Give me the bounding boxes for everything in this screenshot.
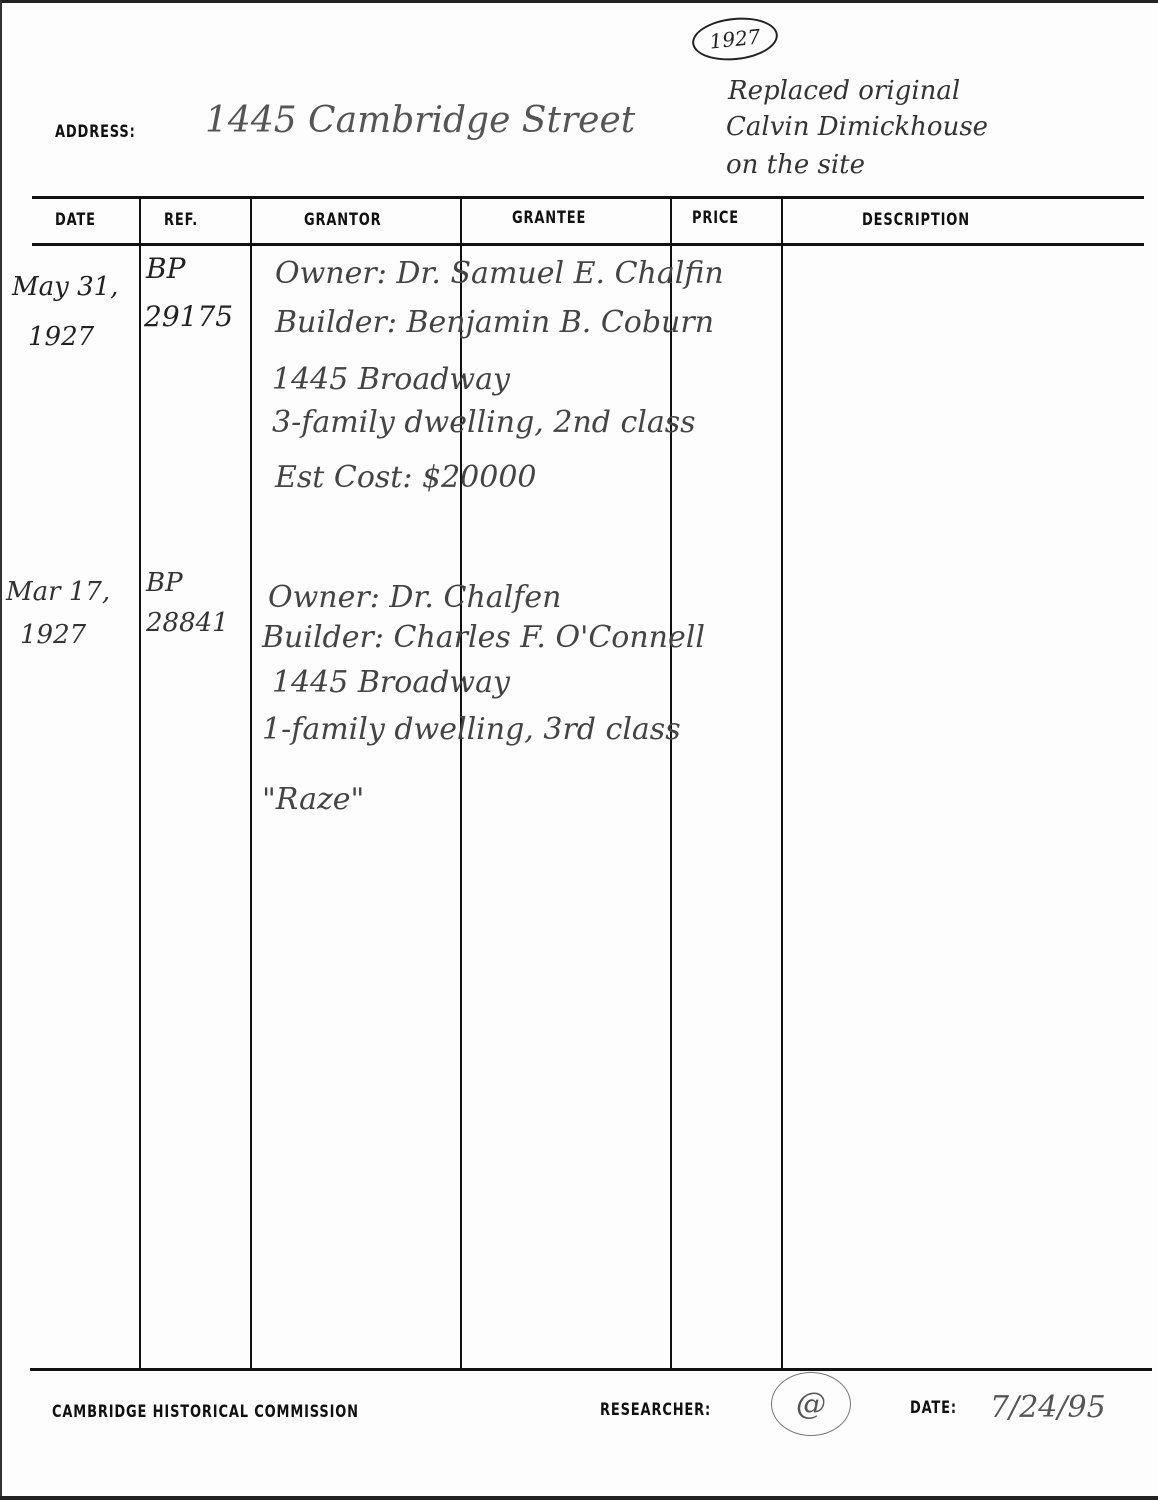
side-note-line: Replaced original [728, 76, 960, 106]
researcher-label: RESEARCHER: [600, 1400, 711, 1420]
address-label: ADDRESS: [55, 122, 136, 142]
table-top-rule [32, 196, 1144, 199]
column-header-date: DATE [55, 210, 96, 230]
entry-ref-line: 29175 [144, 300, 233, 333]
circled-year: 1927 [690, 14, 780, 65]
scan-border-left [0, 0, 2, 1500]
entry-date-line: May 31, [12, 272, 118, 302]
column-divider [139, 198, 141, 1370]
column-divider [670, 198, 672, 1370]
entry-text-line: 1445 Broadway [272, 665, 510, 700]
address-value: 1445 Cambridge Street [205, 100, 635, 141]
entry-ref-line: BP [146, 568, 183, 598]
entry-text-line: 3-family dwelling, 2nd class [272, 405, 696, 440]
column-divider [781, 198, 783, 1370]
side-note-line: on the site [726, 150, 865, 180]
column-divider [250, 198, 252, 1370]
scan-border-top [0, 0, 1158, 3]
researcher-value: @ [771, 1372, 851, 1436]
entry-ref-line: 28841 [146, 608, 229, 638]
entry-text-line: "Raze" [262, 782, 364, 817]
footer-organization: CAMBRIDGE HISTORICAL COMMISSION [52, 1402, 359, 1422]
column-header-grantor: GRANTOR [304, 210, 382, 230]
column-header-price: PRICE [692, 208, 739, 228]
table-header-rule [32, 243, 1144, 246]
entry-text-line: 1-family dwelling, 3rd class [262, 712, 681, 747]
date-value: 7/24/95 [990, 1390, 1106, 1425]
scan-border-bottom [0, 1496, 1158, 1500]
entry-date-line: 1927 [28, 322, 94, 352]
entry-text-line: Builder: Benjamin B. Coburn [275, 305, 714, 340]
entry-ref-line: BP [146, 252, 185, 285]
date-label: DATE: [910, 1398, 957, 1418]
table-bottom-rule [30, 1368, 1152, 1371]
column-header-ref: REF. [164, 210, 198, 230]
entry-text-line: Owner: Dr. Chalfen [268, 580, 561, 615]
side-note-line: Calvin Dimickhouse [726, 112, 988, 142]
column-header-grantee: GRANTEE [512, 208, 586, 228]
entry-date-line: Mar 17, [6, 577, 110, 607]
column-header-description: DESCRIPTION [862, 210, 970, 230]
entry-text-line: 1445 Broadway [272, 362, 510, 397]
entry-date-line: 1927 [20, 620, 86, 650]
entry-text-line: Est Cost: $20000 [275, 460, 537, 495]
entry-text-line: Builder: Charles F. O'Connell [262, 620, 705, 655]
entry-text-line: Owner: Dr. Samuel E. Chalfin [275, 256, 724, 291]
